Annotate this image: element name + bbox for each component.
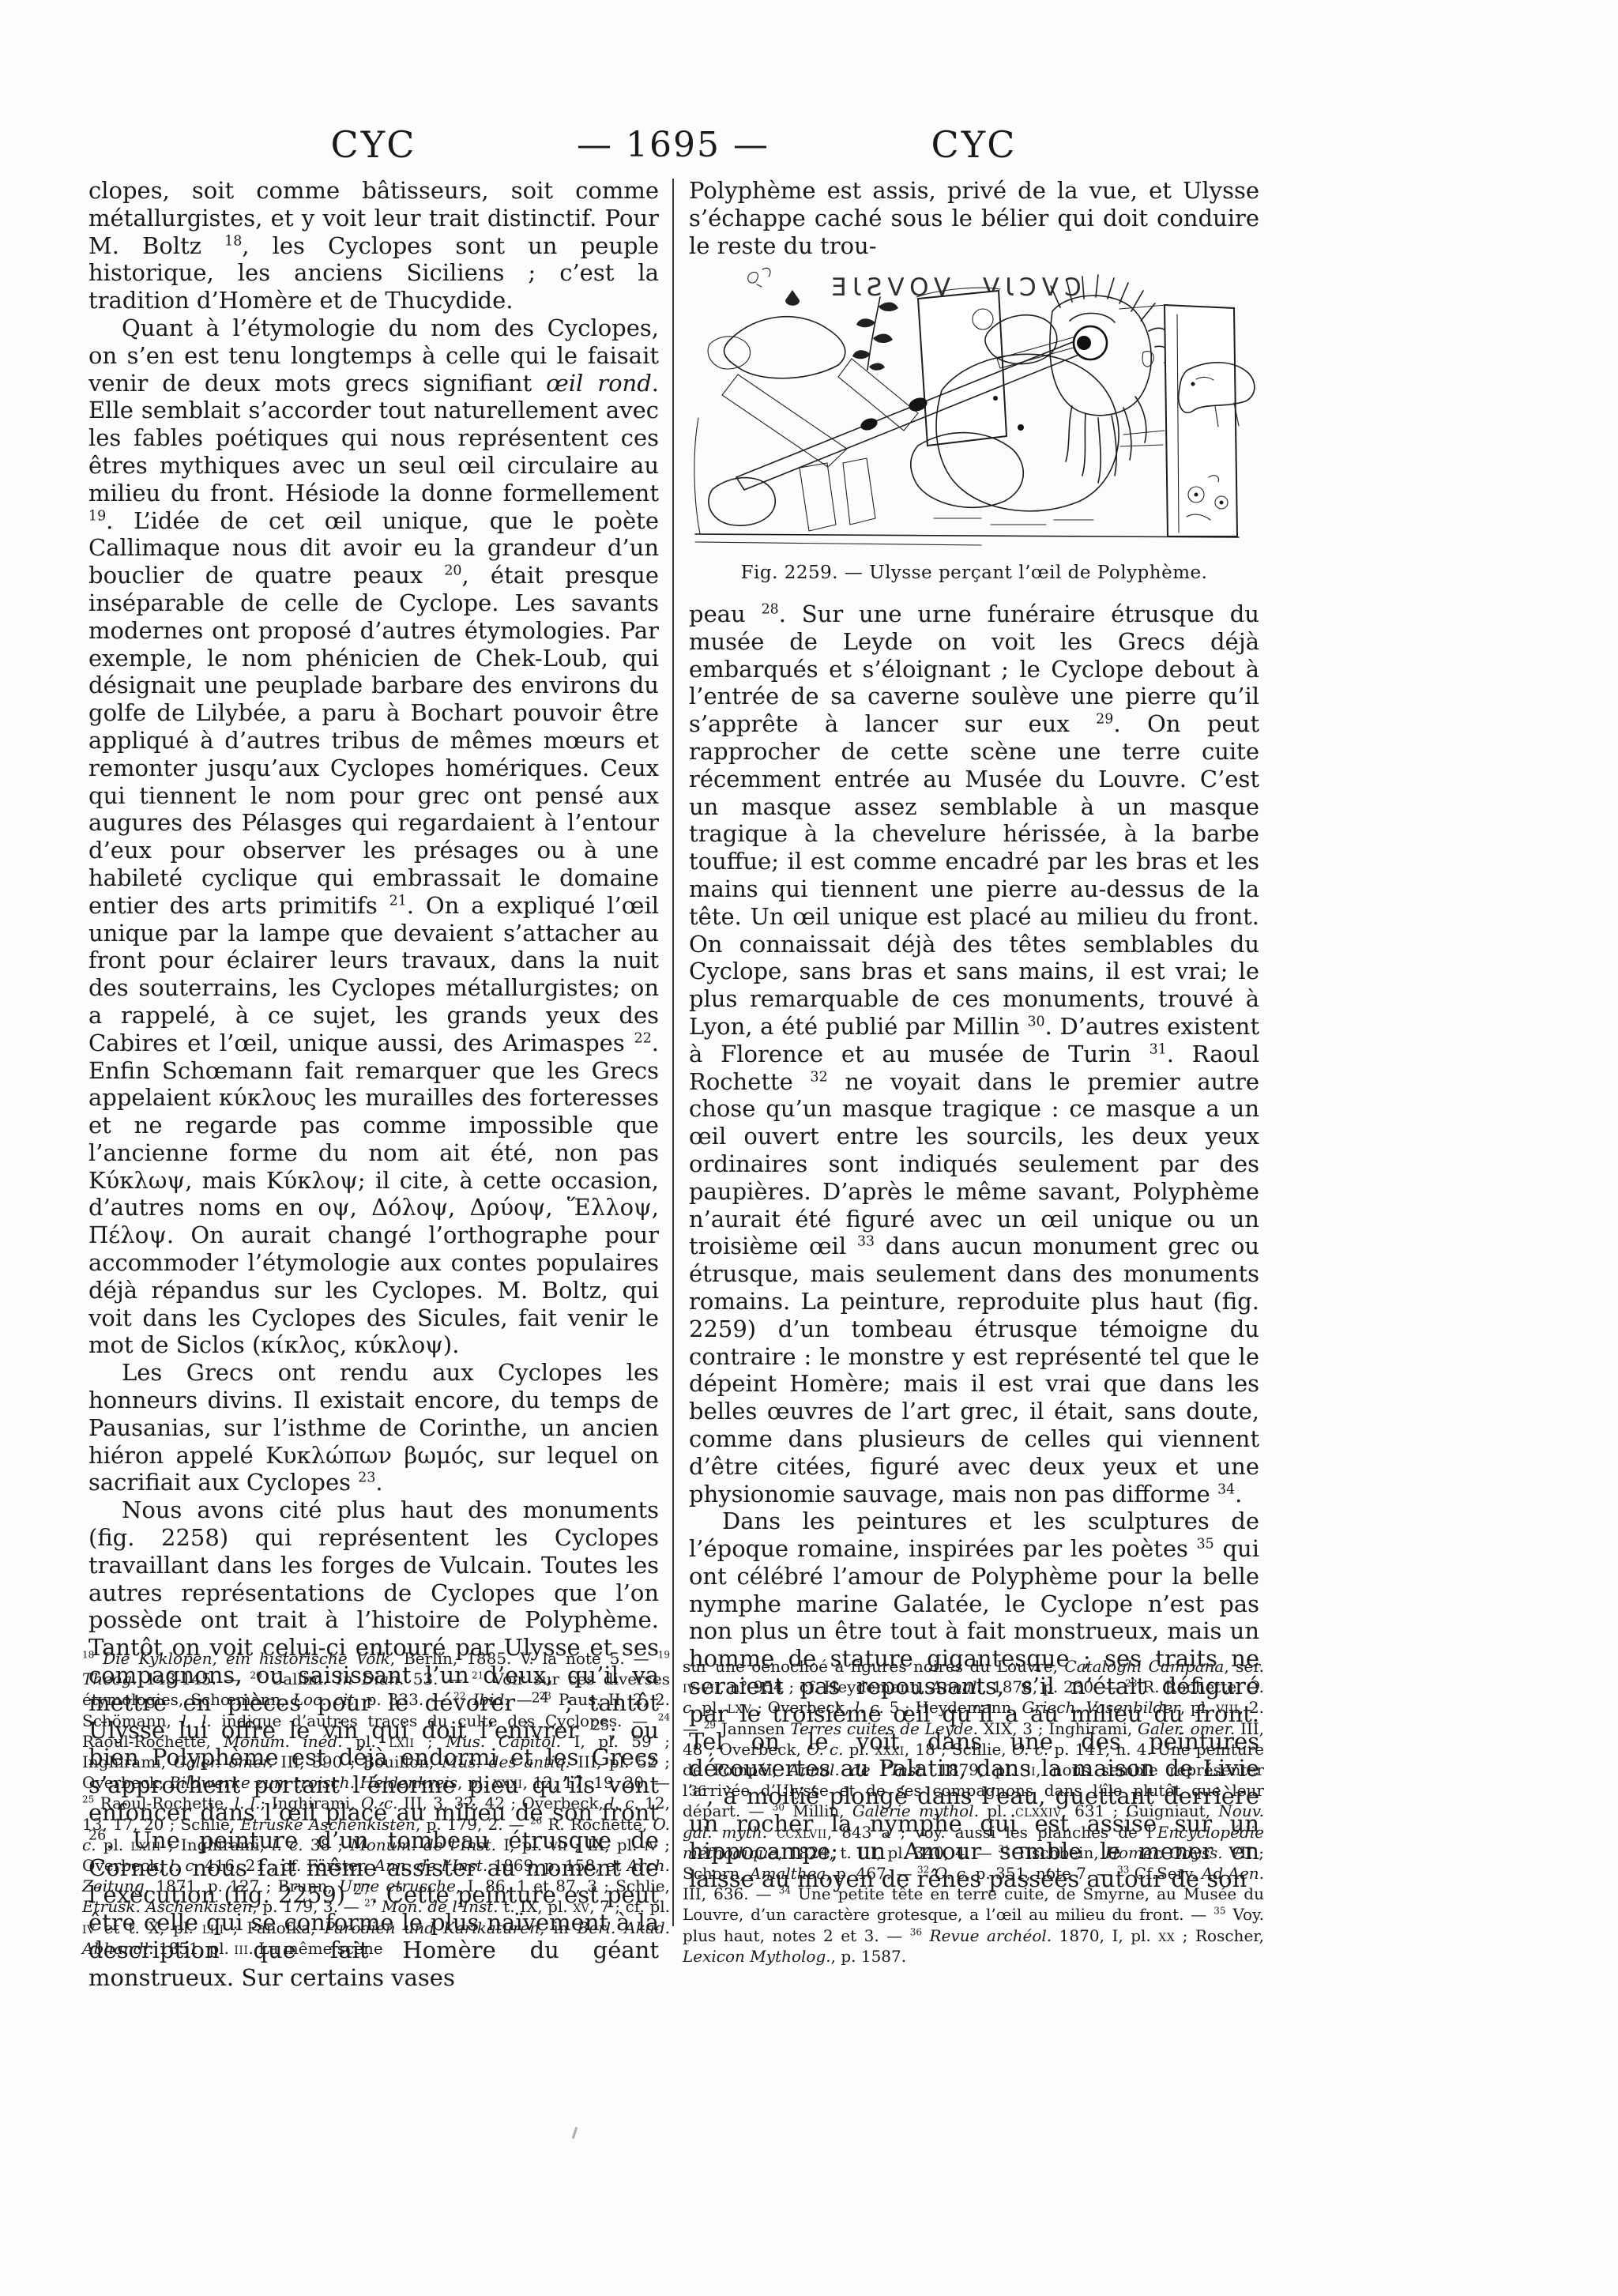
engraving-doorway — [1165, 305, 1237, 536]
engraving-leg-band — [722, 375, 847, 467]
engraving-sprig-stem — [867, 297, 880, 370]
engraving-ulysses-arm — [997, 337, 1079, 368]
engraving-sprig-leaves — [852, 302, 898, 370]
engraving-scribble — [748, 268, 770, 287]
engraving-beard — [1066, 397, 1146, 483]
scan-speck — [572, 2127, 578, 2139]
engraving-mark — [785, 290, 800, 306]
paragraph: Polyphème est assis, privé de la vue, et… — [689, 177, 1259, 259]
paragraph: Quant à l’étymologie du nom des Cyclopes… — [88, 314, 659, 1359]
engraving-figure-left — [724, 317, 845, 378]
column-divider-rule — [672, 179, 674, 1926]
scanned-document-page: { "colors": {"paper": "#fcfcfa", "ink": … — [0, 0, 1618, 2296]
header-folio-right: CYC — [689, 123, 1259, 166]
figure-caption: Fig. 2259. — Ulysse perçant l’œil de Pol… — [689, 563, 1259, 583]
engraving-rocks — [709, 478, 775, 526]
engraving-hand-grip — [859, 416, 879, 433]
engraving-ear — [1142, 352, 1153, 367]
paragraph: peau 28. Sur une urne funéraire étrusque… — [689, 600, 1259, 1507]
footnotes-right: sur une oenochoé à figures noires du Lou… — [683, 1656, 1264, 1967]
engraving-limb — [800, 463, 836, 531]
figure: ƎƖƧVOV .VƖƆVƆ — [681, 264, 1258, 558]
engraving-limb — [843, 458, 875, 525]
paragraph: Les Grecs ont rendu aux Cyclopes les hon… — [88, 1359, 659, 1496]
paragraph: clopes, soit comme bâtisseurs, soit comm… — [88, 177, 659, 314]
engraving-slab — [918, 291, 1007, 446]
right-column-top: Polyphème est assis, privé de la vue, et… — [689, 177, 1259, 259]
figure-engraving-polyphemus: ƎƖƧVOV .VƖƆVƆ — [681, 264, 1258, 558]
footnotes-left: 18 Die Kyklopen, ein historische Volk, B… — [82, 1648, 670, 1959]
